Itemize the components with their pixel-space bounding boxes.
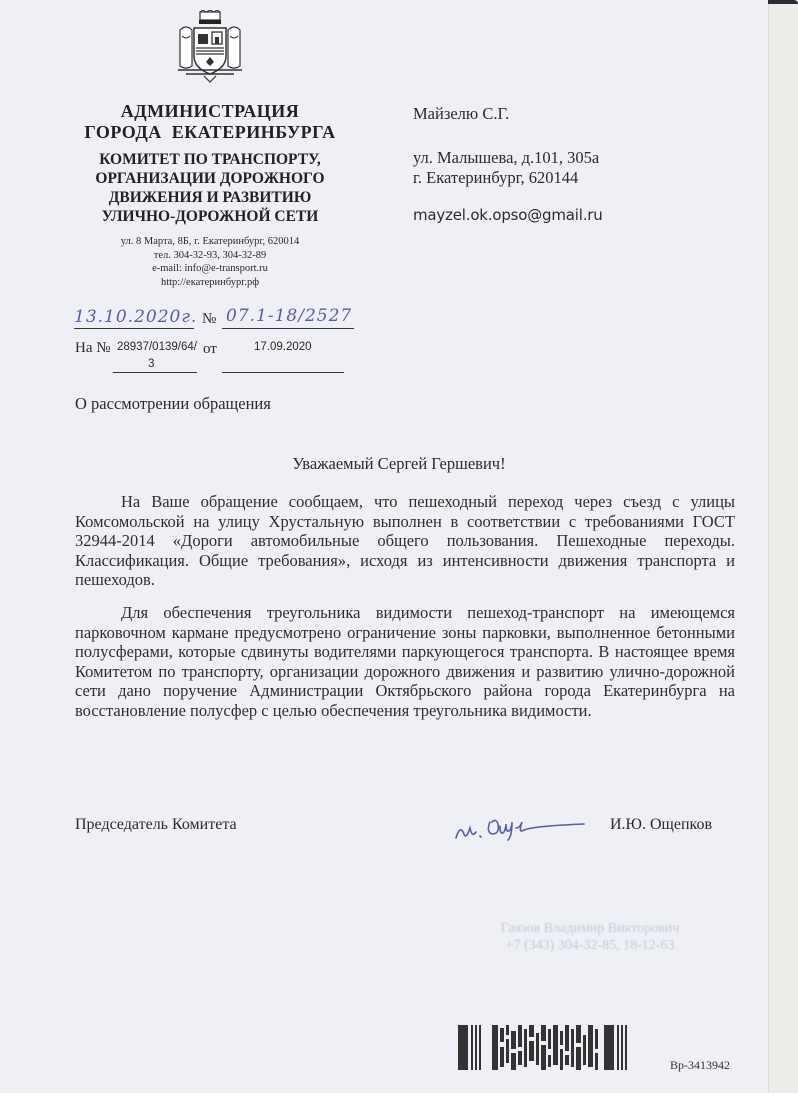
executor-name: Гаязов Владимир Викторович xyxy=(470,920,710,937)
letterhead-admin-line2: ГОРОДА ЕКАТЕРИНБУРГА xyxy=(60,122,360,143)
date-underline xyxy=(74,328,194,329)
committee-line: ДВИЖЕНИЯ И РАЗВИТИЮ xyxy=(60,188,360,207)
signatory-title: Председатель Комитета xyxy=(75,816,237,834)
number-underline xyxy=(222,328,354,329)
scan-corner-shadow xyxy=(768,0,798,4)
registration-code: Вр-3413942 xyxy=(670,1058,730,1073)
reply-date-underline xyxy=(222,372,344,373)
body-paragraph-1: На Ваше обращение сообщаем, что пешеходн… xyxy=(75,492,735,590)
letter-subject: О рассмотрении обращения xyxy=(75,394,271,414)
number-label: № xyxy=(202,311,216,328)
reply-to-number-cont: 3 xyxy=(148,358,154,370)
paragraph-text: Для обеспечения треугольника видимости п… xyxy=(75,603,735,720)
letterhead-admin-line1: АДМИНИСТРАЦИЯ xyxy=(60,101,360,122)
from-label: от xyxy=(203,341,217,358)
handwritten-signature-icon xyxy=(450,808,600,848)
outgoing-number-handwritten: 07.1-18/2527 xyxy=(226,306,352,326)
letterhead-administration: АДМИНИСТРАЦИЯ ГОРОДА ЕКАТЕРИНБУРГА xyxy=(60,101,360,143)
recipient-street: ул. Малышева, д.101, 305а xyxy=(413,148,599,168)
body-paragraph-2: Для обеспечения треугольника видимости п… xyxy=(75,603,735,720)
paragraph-text: На Ваше обращение сообщаем, что пешеходн… xyxy=(75,492,735,590)
reply-to-date: 17.09.2020 xyxy=(254,341,312,353)
reply-to-number: 28937/0139/64/ xyxy=(117,341,197,353)
letterhead-committee: КОМИТЕТ ПО ТРАНСПОРТУ, ОРГАНИЗАЦИИ ДОРОЖ… xyxy=(60,150,360,226)
letterhead-phone: тел. 304-32-93, 304-32-89 xyxy=(60,249,360,263)
recipient-name: Майзелю С.Г. xyxy=(413,104,509,124)
committee-line: ОРГАНИЗАЦИИ ДОРОЖНОГО xyxy=(60,169,360,188)
signatory-name: И.Ю. Ощепков xyxy=(610,816,712,834)
committee-line: КОМИТЕТ ПО ТРАНСПОРТУ, xyxy=(60,150,360,169)
faint-executor-text: Гаязов Владимир Викторович +7 (343) 304-… xyxy=(470,920,710,954)
executor-phone: +7 (343) 304-32-85, 18-12-63 xyxy=(470,937,710,954)
letterhead-website: http://екатеринбург.рф xyxy=(60,276,360,290)
coat-of-arms-icon xyxy=(176,10,244,84)
recipient-city: г. Екатеринбург, 620144 xyxy=(413,168,578,188)
letterhead-contacts: ул. 8 Марта, 8Б, г. Екатеринбург, 620014… xyxy=(60,235,360,289)
recipient-email: mayzel.ok.opso@gmail.ru xyxy=(413,206,603,224)
barcode-icon xyxy=(458,1025,658,1070)
letterhead-address: ул. 8 Марта, 8Б, г. Екатеринбург, 620014 xyxy=(60,235,360,249)
committee-line: УЛИЧНО-ДОРОЖНОЙ СЕТИ xyxy=(60,207,360,226)
reply-number-underline xyxy=(113,372,197,373)
reply-to-label: На № xyxy=(75,340,111,357)
scan-bottom-edge xyxy=(0,1093,798,1097)
scan-page-edge xyxy=(768,0,798,1097)
letterhead-email: e-mail: info@e-transport.ru xyxy=(60,262,360,276)
outgoing-date-handwritten: 13.10.2020г. xyxy=(74,307,197,327)
salutation: Уважаемый Сергей Гершевич! xyxy=(0,454,798,474)
